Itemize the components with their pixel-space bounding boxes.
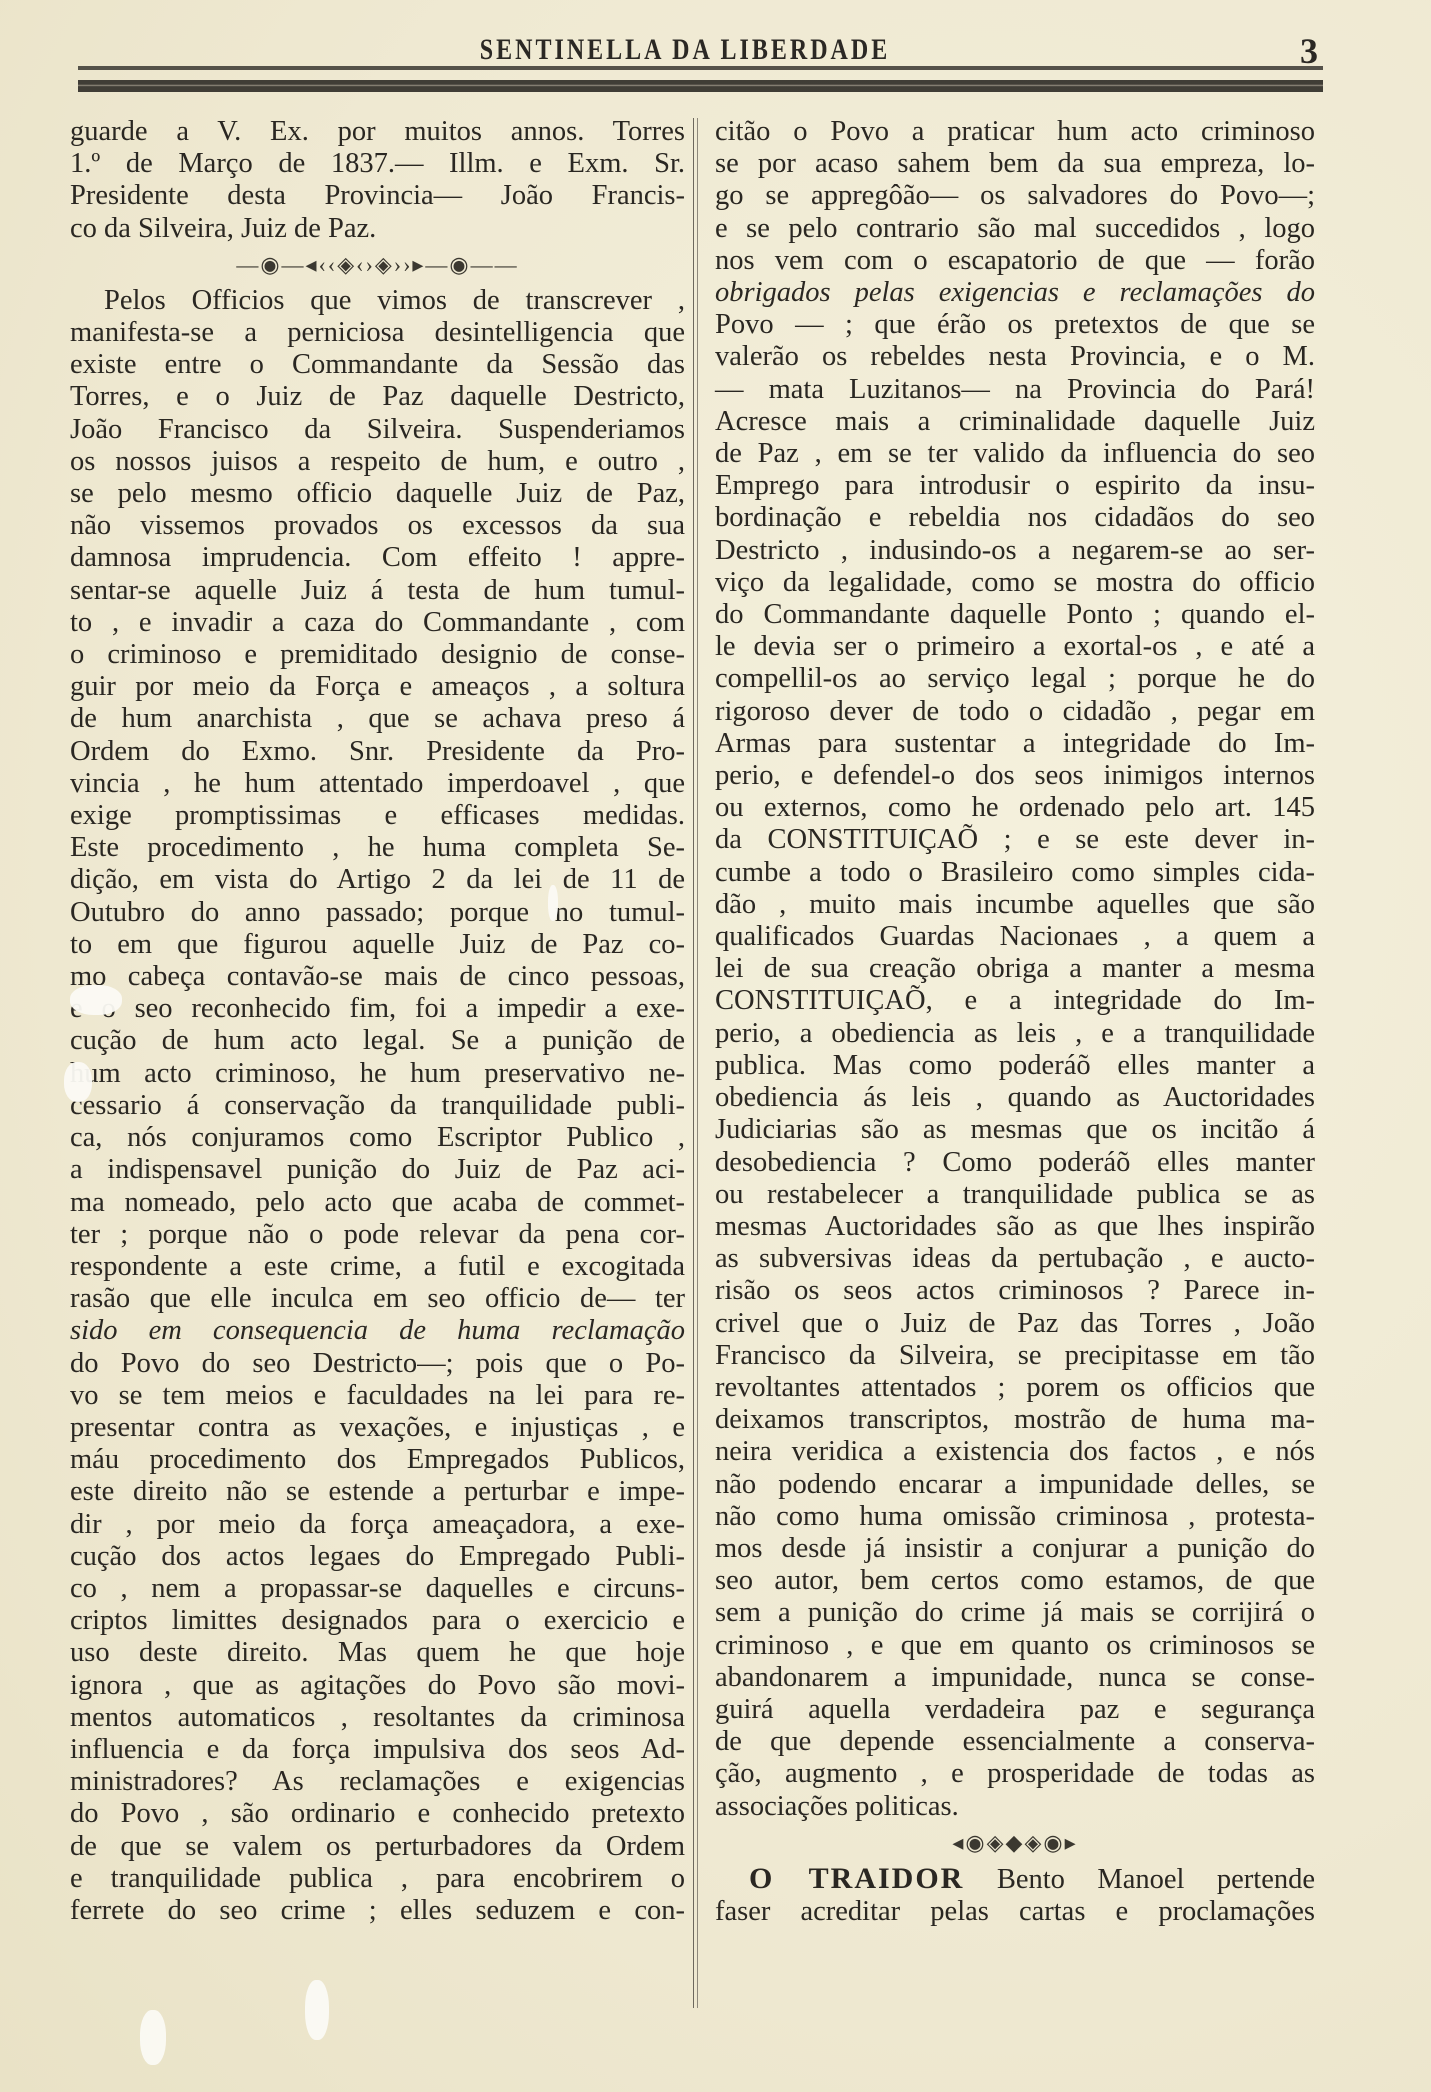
next-article: O TRAIDOR Bento Manoel pertende faser ac… <box>715 1863 1315 1928</box>
text-line: uso deste direito. Mas quem he que hoje <box>70 1637 685 1669</box>
text-line: le devia ser o primeiro a exortal-os , e… <box>715 631 1315 663</box>
text-line: mos desde já insistir a conjurar a puniç… <box>715 1533 1315 1565</box>
paper-damage <box>305 1980 329 2040</box>
text-line: e o seo reconhecido fim, foi a impedir a… <box>70 993 685 1025</box>
text-line: guirá aquella verdadeira paz e segurança <box>715 1694 1315 1726</box>
text-line: o criminoso e premiditado designio de co… <box>70 639 685 671</box>
text-line: guir por meio da Força e ameaços , a sol… <box>70 671 685 703</box>
text-line: do Povo do seo Destricto—; pois que o Po… <box>70 1348 685 1380</box>
text-line: de que depende essencialmente a conserva… <box>715 1726 1315 1758</box>
text-line: Pelos Officios que vimos de transcrever … <box>70 285 685 317</box>
text-line: máu procedimento dos Empregados Publicos… <box>70 1444 685 1476</box>
text-line: João Francisco da Silveira. Suspenderiam… <box>70 414 685 446</box>
text-line: lei de sua creação obriga a manter a mes… <box>715 953 1315 985</box>
text-line: go se appregôão— os salvadores do Povo—; <box>715 180 1315 212</box>
text-line: se pelo mesmo officio daquelle Juiz de P… <box>70 478 685 510</box>
text-line: co da Silveira, Juiz de Paz. <box>70 213 685 245</box>
text-line: ou externos, como he ordenado pelo art. … <box>715 792 1315 824</box>
text-line: to , e invadir a caza do Commandante , c… <box>70 607 685 639</box>
text-line: crivel que o Juiz de Paz das Torres , Jo… <box>715 1308 1315 1340</box>
text-line: publica. Mas como poderáõ elles manter a <box>715 1050 1315 1082</box>
text-line: desobediencia ? Como poderáõ elles mante… <box>715 1147 1315 1179</box>
ornament-divider-icon: —◉—◂‹‹◈‹›◈››▸—◉—— <box>70 245 685 285</box>
header-rule-thin <box>78 66 1323 70</box>
text-line: criptos limittes designados para o exerc… <box>70 1605 685 1637</box>
paper-damage <box>64 1062 92 1102</box>
text-line: qualificados Guardas Nacionaes , a quem … <box>715 921 1315 953</box>
column-divider <box>693 118 698 2008</box>
text-line: cumbe a todo o Brasileiro como simples c… <box>715 857 1315 889</box>
text-line: de que se valem os perturbadores da Orde… <box>70 1831 685 1863</box>
text-fragment: Bento Manoel pertende <box>997 1864 1315 1895</box>
text-line: 1.º de Março de 1837.— Illm. e Exm. Sr. <box>70 148 685 180</box>
text-line: Ordem do Exmo. Snr. Presidente da Pro- <box>70 736 685 768</box>
text-line: vincia , he hum attentado imperdoavel , … <box>70 768 685 800</box>
text-line: mentos automaticos , resoltantes da crim… <box>70 1702 685 1734</box>
text-line: Francisco da Silveira, se precipitasse e… <box>715 1340 1315 1372</box>
text-line: to em que figurou aquelle Juiz de Paz co… <box>70 929 685 961</box>
text-line: e tranquilidade publica , para encobrire… <box>70 1863 685 1895</box>
text-line: neira veridica a existencia dos factos ,… <box>715 1436 1315 1468</box>
text-line: sido em consequencia de huma reclamação <box>70 1315 685 1347</box>
text-line: revoltantes attentados ; porem os offici… <box>715 1372 1315 1404</box>
paper-damage <box>70 985 122 1015</box>
text-line: obediencia ás leis , quando as Auctorida… <box>715 1082 1315 1114</box>
text-line: de hum anarchista , que se achava preso … <box>70 703 685 735</box>
paper-damage <box>140 2010 166 2065</box>
text-line: dir , por meio da força ameaçadora, a ex… <box>70 1509 685 1541</box>
article-lead-line: O TRAIDOR Bento Manoel pertende <box>715 1863 1315 1896</box>
text-line: e se pelo contrario são mal succedidos ,… <box>715 213 1315 245</box>
text-line: dição, em vista do Artigo 2 da lei de 11… <box>70 864 685 896</box>
text-line: Outubro do anno passado; porque no tumul… <box>70 897 685 929</box>
text-line: risão os seos actos criminosos ? Parece … <box>715 1275 1315 1307</box>
text-line: ca, nós conjuramos como Escriptor Public… <box>70 1122 685 1154</box>
text-line: dão , muito mais incumbe aquelles que sã… <box>715 889 1315 921</box>
text-line: existe entre o Commandante da Sessão das <box>70 349 685 381</box>
text-line: as subversivas ideas da pertubação , e a… <box>715 1243 1315 1275</box>
editorial-article: Pelos Officios que vimos de transcrever … <box>70 285 685 1927</box>
right-column: citão o Povo a praticar hum acto crimino… <box>715 116 1315 1928</box>
text-line: hum acto criminoso, he hum preservativo … <box>70 1058 685 1090</box>
text-line: vo se tem meios e faculdades na lei para… <box>70 1380 685 1412</box>
text-line: não como huma omissão criminosa , protes… <box>715 1501 1315 1533</box>
text-line: ferrete do seo crime ; elles seduzem e c… <box>70 1895 685 1927</box>
text-line: deixamos transcriptos, mostrão de huma m… <box>715 1404 1315 1436</box>
text-line: Acresce mais a criminalidade daquelle Ju… <box>715 406 1315 438</box>
text-line: se por acaso sahem bem da sua empreza, l… <box>715 148 1315 180</box>
text-line: ignora , que as agitações do Povo são mo… <box>70 1670 685 1702</box>
masthead: SENTINELLA DA LIBERDADE 3 <box>0 30 1431 70</box>
text-line: abandonarem a impunidade, nunca se conse… <box>715 1662 1315 1694</box>
text-line: respondente a este crime, a futil e exco… <box>70 1251 685 1283</box>
text-line: bordinação e rebeldia nos cidadãos do se… <box>715 502 1315 534</box>
text-line: criminoso , e que em quanto os criminoso… <box>715 1630 1315 1662</box>
newspaper-page: SENTINELLA DA LIBERDADE 3 guarde a V. Ex… <box>0 0 1431 2092</box>
text-line: Emprego para introdusir o espirito da in… <box>715 470 1315 502</box>
text-line: do Commandante daquelle Ponto ; quando e… <box>715 599 1315 631</box>
text-line: exige promptissimas e efficases medidas. <box>70 800 685 832</box>
text-line: este direito não se estende a perturbar … <box>70 1476 685 1508</box>
text-line: — mata Luzitanos— na Provincia do Pará! <box>715 374 1315 406</box>
text-line: viço da legalidade, como se mostra do of… <box>715 567 1315 599</box>
text-line: Torres, e o Juiz de Paz daquelle Destric… <box>70 381 685 413</box>
text-line: os nossos juisos a respeito de hum, e ou… <box>70 446 685 478</box>
text-line: valerão os rebeldes nesta Provincia, e o… <box>715 341 1315 373</box>
text-line: Armas para sustentar a integridade do Im… <box>715 728 1315 760</box>
text-line: não vissemos provados os excessos da sua <box>70 510 685 542</box>
text-line: Judiciarias são as mesmas que os incitão… <box>715 1114 1315 1146</box>
text-line: ter ; porque não o pode relevar da pena … <box>70 1219 685 1251</box>
text-line: guarde a V. Ex. por muitos annos. Torres <box>70 116 685 148</box>
text-line: a indispensavel punição do Juiz de Paz a… <box>70 1154 685 1186</box>
text-line: nos vem com o escapatorio de que — forão <box>715 245 1315 277</box>
text-line: rigoroso dever de todo o cidadão , pegar… <box>715 696 1315 728</box>
text-line: Povo — ; que érão os pretextos de que se <box>715 309 1315 341</box>
text-line: cução de hum acto legal. Se a punição de <box>70 1025 685 1057</box>
text-line: Este procedimento , he huma completa Se- <box>70 832 685 864</box>
header-rule-thick <box>78 80 1323 92</box>
text-line: ma nomeado, pelo acto que acaba de comme… <box>70 1187 685 1219</box>
text-line: mo cabeça contavão-se mais de cinco pess… <box>70 961 685 993</box>
text-line: influencia e da força impulsiva dos seos… <box>70 1734 685 1766</box>
article-headline: O TRAIDOR <box>749 1862 964 1895</box>
text-line: CONSTITUIÇAÕ, e a integridade do Im- <box>715 985 1315 1017</box>
text-line: ministradores? As reclamações e exigenci… <box>70 1766 685 1798</box>
text-line: Presidente desta Provincia— João Francis… <box>70 180 685 212</box>
text-line: citão o Povo a praticar hum acto crimino… <box>715 116 1315 148</box>
text-line: rasão que elle inculca em seo officio de… <box>70 1283 685 1315</box>
text-line: Destricto , indusindo-os a negarem-se ao… <box>715 535 1315 567</box>
text-line: seo autor, bem certos como estamos, de q… <box>715 1565 1315 1597</box>
text-line: compellil-os ao serviço legal ; porque h… <box>715 663 1315 695</box>
text-line: associações politicas. <box>715 1791 1315 1823</box>
text-line: ção, augmento , e prosperidade de todas … <box>715 1758 1315 1790</box>
text-line: não podendo encarar a impunidade delles,… <box>715 1469 1315 1501</box>
text-line: sem a punição do crime já mais se corrij… <box>715 1597 1315 1629</box>
text-line: co , nem a propassar-se daquelles e circ… <box>70 1573 685 1605</box>
text-line: manifesta-se a perniciosa desintelligenc… <box>70 317 685 349</box>
text-line: perio, e defendel-o dos seos inimigos in… <box>715 760 1315 792</box>
text-line: do Povo , são ordinario e conhecido pret… <box>70 1798 685 1830</box>
text-line: presentar contra as vexações, e injustiç… <box>70 1412 685 1444</box>
ornament-divider-icon: ◂◉◈◆◈◉▸ <box>715 1823 1315 1863</box>
text-line: da CONSTITUIÇAÕ ; e se este dever in- <box>715 824 1315 856</box>
text-line: sentar-se aquelle Juiz á testa de hum tu… <box>70 575 685 607</box>
text-line: cessario á conservação da tranquilidade … <box>70 1090 685 1122</box>
text-line: mesmas Auctoridades são as que lhes insp… <box>715 1211 1315 1243</box>
text-line: obrigados pelas exigencias e reclamações… <box>715 277 1315 309</box>
text-line: ou restabelecer a tranquilidade publica … <box>715 1179 1315 1211</box>
text-line: damnosa imprudencia. Com effeito ! appre… <box>70 542 685 574</box>
letter-closing: guarde a V. Ex. por muitos annos. Torres… <box>70 116 685 245</box>
text-line: cução dos actos legaes do Empregado Publ… <box>70 1541 685 1573</box>
text-line: de Paz , em se ter valido da influencia … <box>715 438 1315 470</box>
paper-damage <box>548 885 558 921</box>
text-line: faser acreditar pelas cartas e proclamaç… <box>715 1896 1315 1928</box>
editorial-article-continued: citão o Povo a praticar hum acto crimino… <box>715 116 1315 1823</box>
text-line: perio, a obediencia as leis , e a tranqu… <box>715 1018 1315 1050</box>
newspaper-title: SENTINELLA DA LIBERDADE <box>440 34 930 68</box>
left-column: guarde a V. Ex. por muitos annos. Torres… <box>70 116 685 1927</box>
